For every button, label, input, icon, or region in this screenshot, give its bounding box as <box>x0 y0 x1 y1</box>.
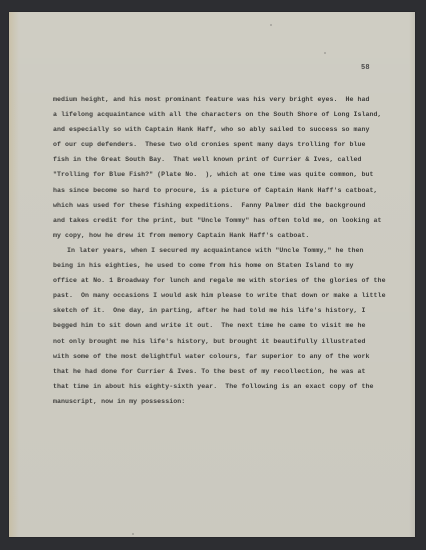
text-line: that he had done for Currier & Ives. To … <box>53 364 383 379</box>
text-line: not only brought me his life's history, … <box>53 334 383 349</box>
typewritten-body: medium height, and his most prominant fe… <box>53 92 383 409</box>
paragraph-start-line: In later years, when I secured my acquai… <box>53 243 383 258</box>
text-line: "Trolling for Blue Fish?" (Plate No. ), … <box>53 167 383 182</box>
text-line: has since become so hard to procure, is … <box>53 183 383 198</box>
paper-speck <box>270 24 272 26</box>
text-line: office at No. 1 Broadway for lunch and r… <box>53 273 383 288</box>
paper-speck <box>324 52 326 54</box>
document-page: 58 medium height, and his most prominant… <box>9 12 415 537</box>
text-line: and especially so with Captain Hank Haff… <box>53 122 383 137</box>
text-line: being in his eighties, he used to come f… <box>53 258 383 273</box>
text-line: a lifelong acquaintance with all the cha… <box>53 107 383 122</box>
text-line: with some of the most delightful water c… <box>53 349 383 364</box>
page-number: 58 <box>361 64 370 72</box>
text-line: past. On many occasions I would ask him … <box>53 288 383 303</box>
text-line: that time in about his eighty-sixth year… <box>53 379 383 394</box>
text-line: sketch of it. One day, in parting, after… <box>53 303 383 318</box>
text-line: manuscript, now in my possession: <box>53 394 383 409</box>
text-line: of our cup defenders. These two old cron… <box>53 137 383 152</box>
text-line: medium height, and his most prominant fe… <box>53 92 383 107</box>
text-line: fish in the Great South Bay. That well k… <box>53 152 383 167</box>
text-line: my copy, how he drew it from memory Capt… <box>53 228 383 243</box>
text-line: begged him to sit down and write it out.… <box>53 318 383 333</box>
text-line: and takes credit for the print, but "Unc… <box>53 213 383 228</box>
text-line: which was used for these fishing expedit… <box>53 198 383 213</box>
paper-speck <box>132 533 134 535</box>
